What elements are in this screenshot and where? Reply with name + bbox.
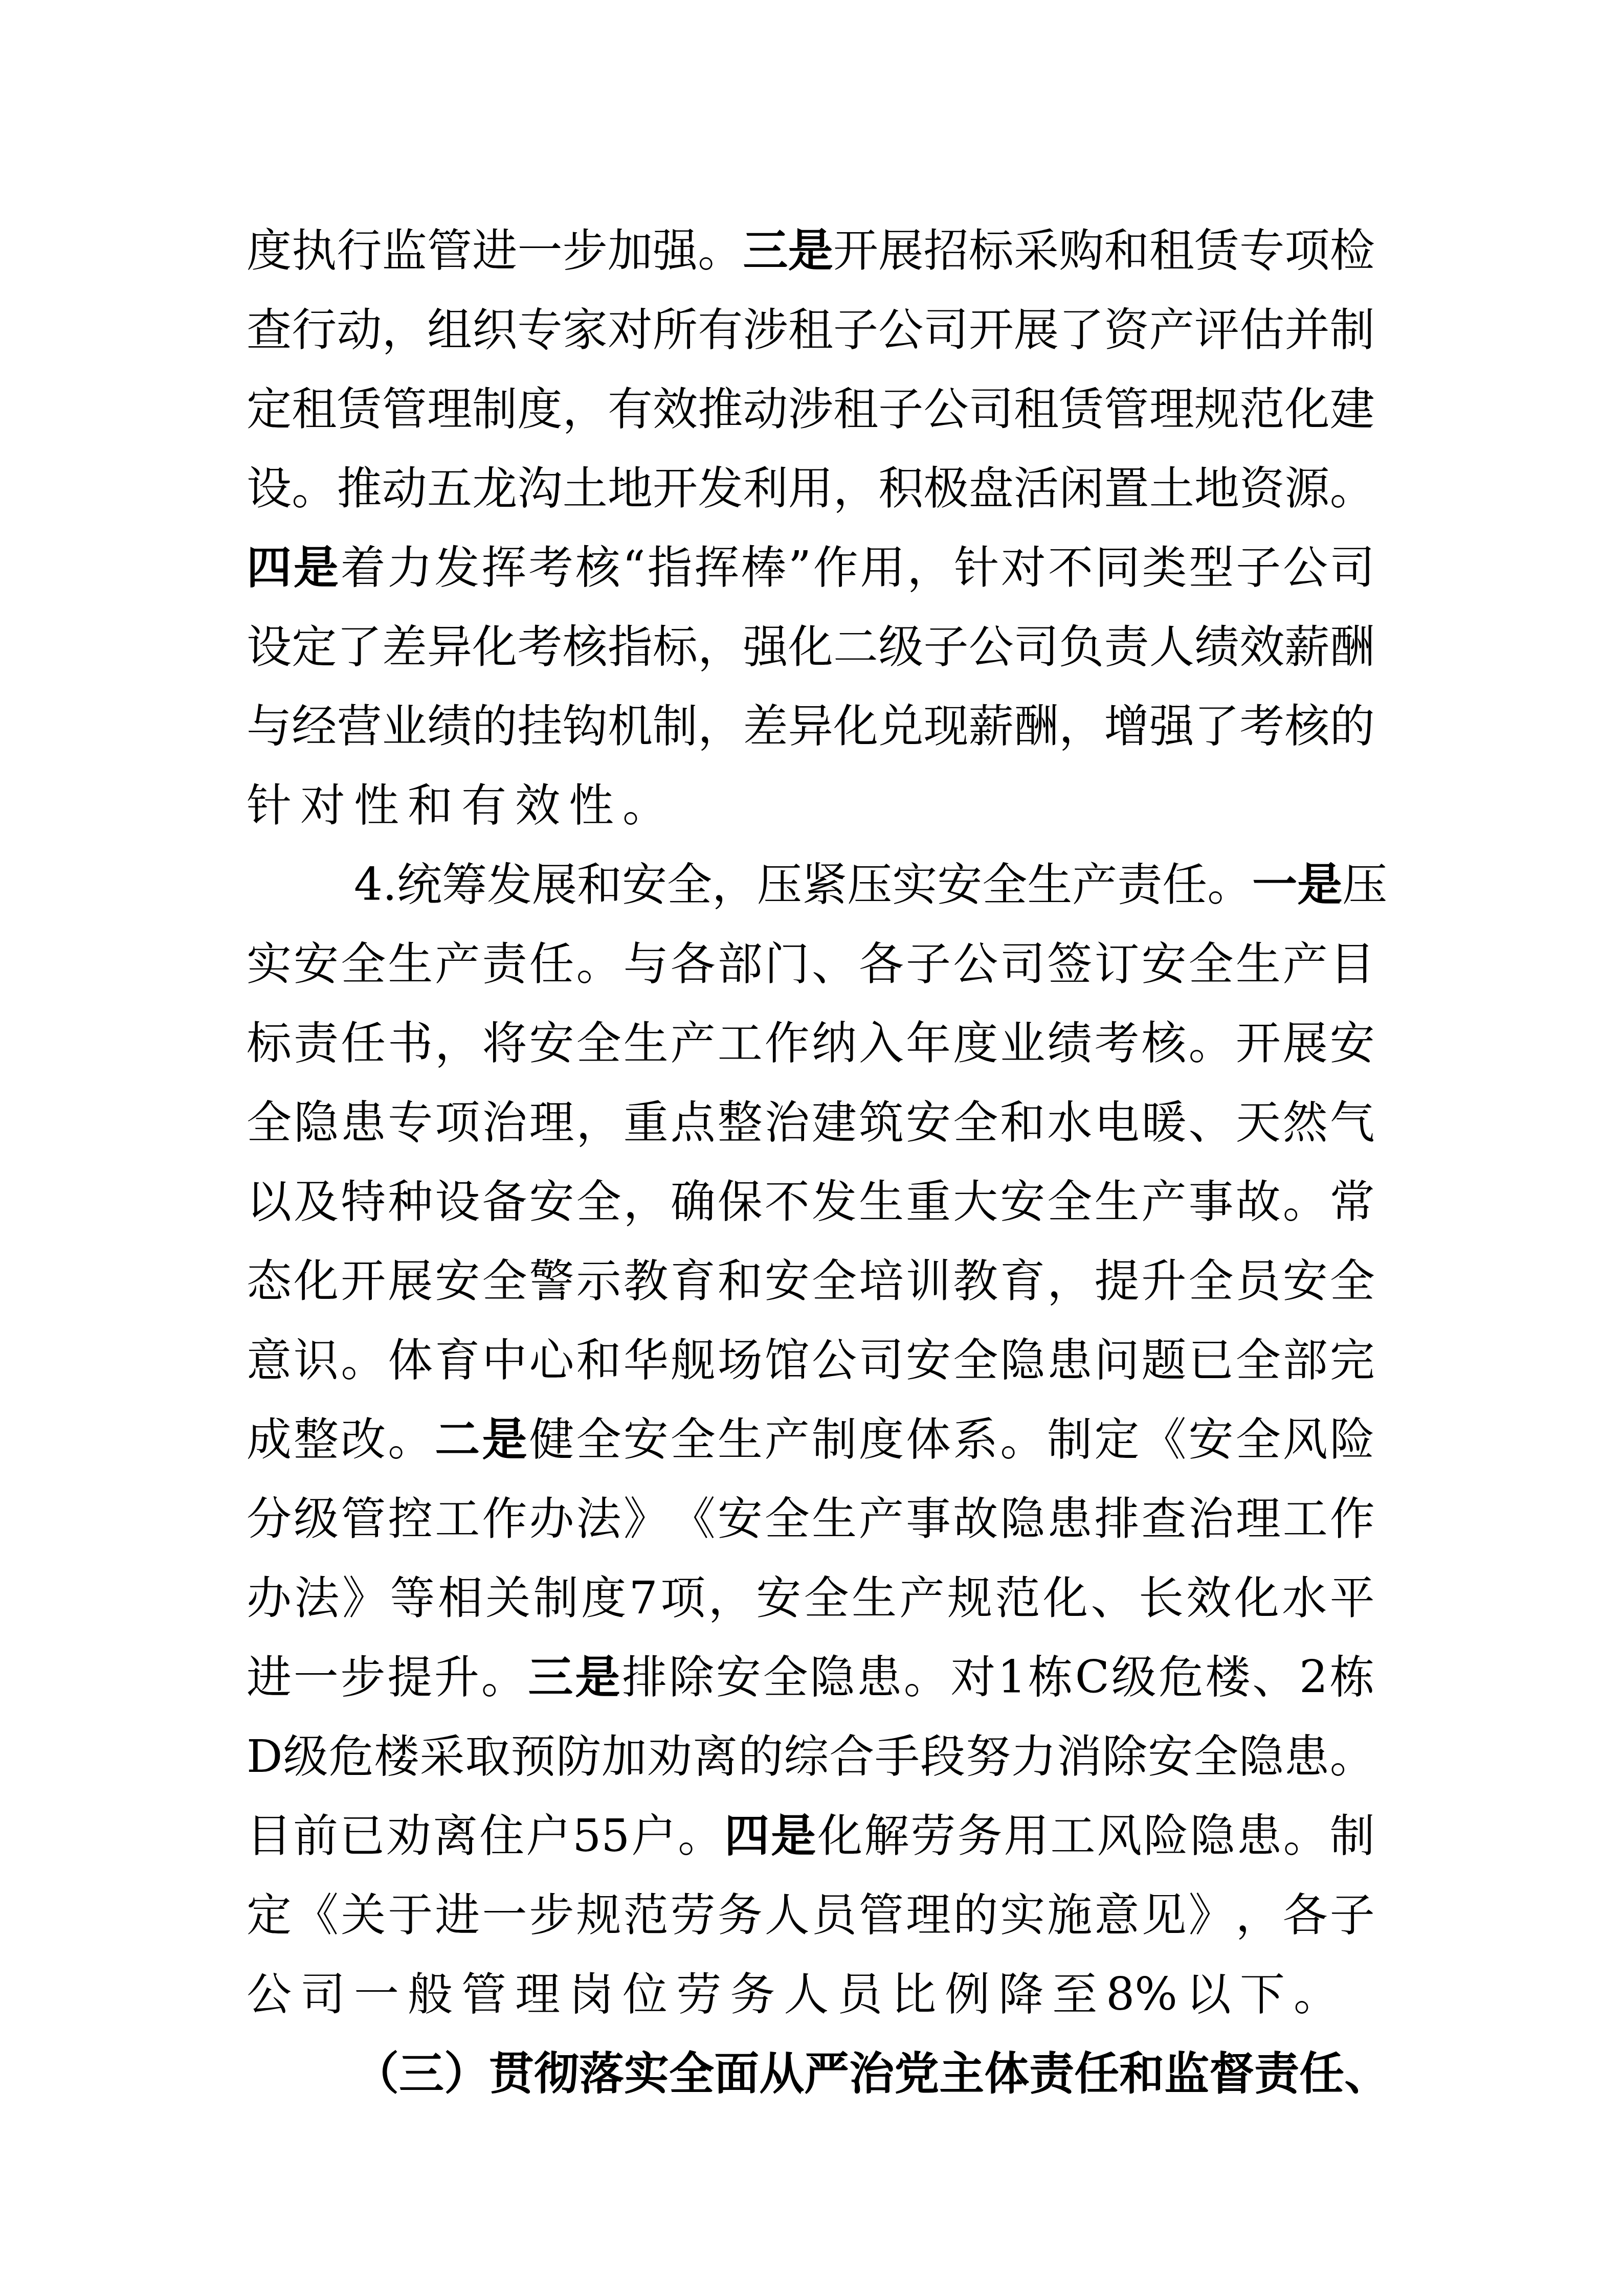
text-char: 栋: [1330, 1637, 1375, 1717]
text-char: 责: [1117, 845, 1162, 924]
text-char: 教: [953, 1241, 998, 1320]
text-char: 产: [1141, 1162, 1186, 1241]
text-char: 。: [1283, 1162, 1328, 1241]
text-char: 劳: [910, 1796, 955, 1875]
text-char: 整: [294, 1400, 339, 1479]
text-char: 特: [341, 1162, 386, 1241]
text-char: 示: [576, 1241, 621, 1320]
text-char: 责: [294, 1003, 339, 1083]
bold-marker-char: 是: [1297, 845, 1342, 924]
text-char: 对: [608, 290, 653, 369]
text-char: ，: [382, 290, 427, 369]
text-char: 步: [529, 1875, 574, 1954]
text-char: 位: [622, 1954, 668, 2034]
text-char: 工: [1051, 1796, 1096, 1875]
text-char: 全: [1189, 924, 1234, 1003]
text-char: 管: [341, 1479, 386, 1558]
text-char: 培: [859, 1241, 904, 1320]
text-char: 产: [1283, 924, 1328, 1003]
text-char: 全: [1189, 1241, 1234, 1320]
text-char: 务: [730, 1954, 775, 2034]
text-char: 安: [1000, 1162, 1045, 1241]
text-char: 从: [759, 2034, 804, 2113]
text-char: 规: [947, 1558, 992, 1637]
text-char: 升: [434, 1637, 479, 1717]
text-char: 生: [1027, 845, 1072, 924]
text-char: 、: [1252, 1637, 1297, 1717]
text-char: 理: [906, 1875, 951, 1954]
text-char: 《: [1141, 1400, 1186, 1479]
text-char: 以: [247, 1162, 292, 1241]
text-char: 已: [1189, 1320, 1234, 1400]
text-char: 开: [833, 211, 878, 290]
text-char: 作: [482, 1479, 527, 1558]
text-char: 任: [1162, 845, 1207, 924]
text-char: 紧: [802, 845, 847, 924]
text-char: 舰: [671, 1320, 716, 1400]
text-char: 系: [953, 1400, 998, 1479]
bold-marker-char: 是: [788, 211, 833, 290]
text-char: 考: [517, 607, 562, 686]
text-char: 推: [337, 448, 382, 528]
text-char: 》: [342, 1558, 387, 1637]
text-char: ”: [788, 528, 811, 607]
text-char: 已: [340, 1796, 385, 1875]
text-char: 进: [472, 211, 517, 290]
text-char: 司: [1014, 607, 1059, 686]
text-char: 效: [1239, 607, 1284, 686]
text-char: 作: [765, 1003, 810, 1083]
text-char: 压: [847, 845, 892, 924]
text-char: 。: [1294, 1954, 1339, 2034]
text-line: 进一步提升。三是排除安全隐患。对1栋C级危楼、2栋: [247, 1637, 1375, 1717]
text-char: 员: [837, 1954, 882, 2034]
text-char: 关: [341, 1875, 386, 1954]
text-char: 。: [904, 1637, 949, 1717]
text-char: 和: [718, 1241, 763, 1320]
text-char: 2: [1299, 1637, 1328, 1717]
text-char: 平: [1330, 1558, 1375, 1637]
text-char: 和: [1119, 2034, 1164, 2113]
text-char: 管: [461, 1954, 506, 2034]
text-char: 提: [1094, 1241, 1139, 1320]
text-char: 任: [529, 924, 574, 1003]
text-char: 危: [328, 1717, 373, 1796]
text-char: 法: [576, 1479, 621, 1558]
text-char: 。: [1207, 845, 1252, 924]
text-char: 55: [572, 1796, 630, 1875]
text-char: 《: [294, 1875, 339, 1954]
text-char: 展: [388, 1241, 433, 1320]
text-char: 隐: [1000, 1479, 1045, 1558]
text-char: ，: [1047, 1241, 1092, 1320]
text-char: 全: [1236, 1320, 1281, 1400]
text-char: 安: [756, 1558, 801, 1637]
text-char: 制: [812, 1400, 857, 1479]
text-char: 全: [765, 1479, 810, 1558]
text-char: 规: [1194, 369, 1239, 448]
text-char: 手: [875, 1717, 920, 1796]
text-char: 7: [629, 1558, 658, 1637]
text-char: 筑: [859, 1083, 904, 1162]
text-char: 效: [1186, 1558, 1231, 1637]
text-char: 安: [435, 1241, 480, 1320]
text-char: 产: [765, 1400, 810, 1479]
text-char: 升: [1141, 1241, 1186, 1320]
text-char: 加: [608, 211, 653, 290]
text-char: 薪: [1284, 607, 1329, 686]
document-body: 度执行监管进一步加强。三是开展招标采购和租赁专项检查行动，组织专家对所有涉租子公…: [247, 211, 1375, 2113]
text-char: 效: [653, 369, 698, 448]
text-char: 等: [390, 1558, 435, 1637]
text-char: 对: [300, 766, 345, 845]
text-char: 效: [515, 766, 560, 845]
text-char: D: [247, 1717, 283, 1796]
text-char: 安: [718, 1479, 763, 1558]
text-char: 年: [906, 1003, 951, 1083]
text-char: 般: [408, 1954, 453, 2034]
text-char: ，: [712, 845, 757, 924]
text-char: 制: [653, 686, 698, 766]
text-char: 置: [1104, 448, 1149, 528]
text-char: 动: [743, 369, 788, 448]
text-char: 指: [608, 607, 653, 686]
text-char: 全: [953, 1083, 998, 1162]
text-char: 实: [624, 2034, 669, 2113]
text-char: 相: [438, 1558, 483, 1637]
text-char: 段: [920, 1717, 965, 1796]
text-char: 排: [1094, 1479, 1139, 1558]
text-char: 管: [859, 1875, 904, 1954]
text-char: 理: [529, 1083, 574, 1162]
text-line: 以及特种设备安全，确保不发生重大安全生产事故。常: [247, 1162, 1375, 1241]
text-char: 展: [532, 845, 577, 924]
text-char: 度: [517, 369, 562, 448]
text-char: 。: [341, 1320, 386, 1400]
text-char: 司: [1000, 924, 1045, 1003]
text-line: 定租赁管理制度，有效推动涉租子公司租赁管理规范化建: [247, 369, 1375, 448]
text-char: 生: [624, 1003, 669, 1083]
text-char: 源: [1284, 448, 1329, 528]
text-char: ，: [563, 369, 608, 448]
text-char: 馆: [765, 1320, 810, 1400]
text-char: 。: [622, 766, 668, 845]
text-char: 压: [757, 845, 802, 924]
text-char: 步: [341, 1637, 386, 1717]
text-char: 人: [1149, 607, 1194, 686]
text-char: 租: [833, 369, 878, 448]
text-line: 针对性和有效性。: [247, 766, 1375, 845]
text-char: 力: [387, 528, 432, 607]
text-char: 督: [1209, 2034, 1254, 2113]
text-char: 除: [1102, 1717, 1147, 1796]
text-char: 负: [1059, 607, 1104, 686]
text-char: 隐: [294, 1083, 339, 1162]
text-char: 全: [1193, 1717, 1238, 1796]
text-char: 险: [1330, 1400, 1375, 1479]
text-char: 将: [482, 1003, 527, 1083]
text-char: 产: [671, 1003, 716, 1083]
text-char: 危: [1159, 1637, 1204, 1717]
text-char: 核: [563, 607, 608, 686]
text-char: 各: [671, 924, 716, 1003]
text-char: 务: [957, 1796, 1002, 1875]
text-char: 和: [577, 845, 622, 924]
text-char: 异: [427, 607, 472, 686]
text-char: 心: [529, 1320, 574, 1400]
text-char: 户: [631, 1796, 676, 1875]
text-line: 设。推动五龙沟土地开发利用，积极盘活闲置土地资源。: [247, 448, 1375, 528]
text-char: 水: [1047, 1083, 1092, 1162]
text-line: 设定了差异化考核指标，强化二级子公司负责人绩效薪酬: [247, 607, 1375, 686]
text-char: 子: [833, 290, 878, 369]
text-char: 核: [1141, 1003, 1186, 1083]
bold-marker-char: 三: [743, 211, 788, 290]
text-char: 实: [892, 845, 937, 924]
text-char: 压: [1342, 845, 1387, 924]
text-char: 电: [1094, 1083, 1139, 1162]
text-char: 绩: [427, 686, 472, 766]
text-char: ，: [576, 1083, 621, 1162]
text-char: 性: [569, 766, 614, 845]
text-char: 现: [924, 686, 969, 766]
text-char: 考: [1239, 686, 1284, 766]
text-char: 安: [1283, 1241, 1328, 1320]
text-char: 定: [292, 607, 337, 686]
text-char: 监: [1164, 2034, 1209, 2113]
text-char: 患: [1047, 1479, 1092, 1558]
text-char: 子: [924, 607, 969, 686]
text-char: 工: [435, 1479, 480, 1558]
bold-marker-char: 四: [724, 1796, 769, 1875]
text-char: 实: [247, 924, 292, 1003]
text-char: 针: [954, 528, 999, 607]
text-char: 全: [671, 1400, 716, 1479]
text-char: 指: [647, 528, 692, 607]
text-char: 华: [624, 1320, 669, 1400]
text-char: 全: [341, 924, 386, 1003]
text-char: 教: [624, 1241, 669, 1320]
text-char: 合: [829, 1717, 874, 1796]
text-char: 考: [1094, 1003, 1139, 1083]
text-line: 意识。体育中心和华舰场馆公司安全隐患问题已全部完: [247, 1320, 1375, 1400]
text-char: 岗: [569, 1954, 614, 2034]
text-char: 各: [1283, 1875, 1328, 1954]
text-char: 全: [1236, 1400, 1281, 1479]
text-line: 实安全生产责任。与各部门、各子公司签订安全生产目: [247, 924, 1375, 1003]
text-char: 有: [608, 369, 653, 448]
text-char: 的: [472, 686, 517, 766]
text-char: 全: [804, 1558, 849, 1637]
text-char: 栋: [1028, 1637, 1073, 1717]
text-char: ，: [624, 1162, 669, 1241]
text-char: 整: [718, 1083, 763, 1162]
text-char: 制: [472, 369, 517, 448]
text-char: 管: [382, 369, 427, 448]
text-char: 了: [1059, 290, 1104, 369]
text-char: 生: [718, 1400, 763, 1479]
text-char: 识: [294, 1320, 339, 1400]
text-char: 长: [1139, 1558, 1184, 1637]
text-char: 患: [341, 1083, 386, 1162]
text-char: 住: [479, 1796, 524, 1875]
text-char: 生: [1094, 1162, 1139, 1241]
text-char: 赁: [337, 369, 382, 448]
text-char: 规: [576, 1875, 621, 1954]
text-char: 级: [283, 1717, 328, 1796]
text-char: 公: [812, 1320, 857, 1400]
text-char: 积: [878, 448, 923, 528]
text-char: 努: [966, 1717, 1011, 1796]
text-char: 化: [294, 1241, 339, 1320]
text-char: 目: [247, 1796, 292, 1875]
text-char: 全: [1330, 1241, 1375, 1320]
text-char: 意: [247, 1320, 292, 1400]
text-char: 实: [1000, 1875, 1045, 1954]
text-char: 全: [247, 1083, 292, 1162]
text-char: 建: [1330, 369, 1375, 448]
text-char: 采: [1014, 211, 1059, 290]
text-char: 管: [1104, 369, 1149, 448]
text-char: 营: [337, 686, 382, 766]
text-char: 发: [434, 528, 479, 607]
text-char: 家: [563, 290, 608, 369]
text-char: 龙: [472, 448, 517, 528]
text-char: 全: [576, 1162, 621, 1241]
text-char: 提: [387, 1637, 432, 1717]
text-char: 隐: [1190, 1796, 1235, 1875]
text-char: 对: [1001, 528, 1046, 607]
text-char: 与: [247, 686, 292, 766]
text-char: 闲: [1059, 448, 1104, 528]
text-char: 全: [482, 1241, 527, 1320]
text-char: 。: [292, 448, 337, 528]
bold-marker-char: 是: [294, 528, 339, 607]
text-char: 行: [292, 290, 337, 369]
text-char: 同: [1095, 528, 1140, 607]
text-char: 重: [906, 1162, 951, 1241]
text-char: 《: [671, 1479, 716, 1558]
text-line: 4.统筹发展和安全，压紧压实安全生产责任。一是压: [247, 845, 1375, 924]
text-char: 取: [465, 1717, 510, 1796]
text-char: 所: [653, 290, 698, 369]
text-char: 全: [953, 1320, 998, 1400]
text-char: 产: [1149, 290, 1194, 369]
text-char: 挥: [481, 528, 526, 607]
text-char: 作: [1330, 1479, 1375, 1558]
text-char: 关: [485, 1558, 530, 1637]
text-char: 法: [294, 1558, 339, 1637]
text-char: 设: [247, 607, 292, 686]
text-char: 治: [849, 2034, 894, 2113]
text-char: 力: [1011, 1717, 1056, 1796]
text-char: 挂: [517, 686, 562, 766]
text-char: 全: [667, 845, 712, 924]
text-char: 司: [300, 1954, 345, 2034]
text-char: 一: [294, 1637, 339, 1717]
text-char: 和: [408, 766, 453, 845]
text-char: 前: [293, 1796, 338, 1875]
text-char: 酬: [1014, 686, 1059, 766]
text-line: 成整改。二是健全安全生产制度体系。制定《安全风险: [247, 1400, 1375, 1479]
text-char: 差: [743, 686, 788, 766]
text-char: 司: [1330, 528, 1375, 607]
text-char: 推: [698, 369, 743, 448]
text-char: 育: [671, 1241, 716, 1320]
text-char: 涉: [743, 290, 788, 369]
text-char: 一: [482, 1875, 527, 1954]
text-char: 纳: [812, 1003, 857, 1083]
text-char: 以: [1186, 1954, 1231, 2034]
text-char: 定: [247, 369, 292, 448]
text-char: 风: [1097, 1796, 1142, 1875]
text-char: 隐: [1239, 1717, 1284, 1796]
text-char: 备: [482, 1162, 527, 1241]
text-char: 开: [341, 1241, 386, 1320]
text-char: 彻: [534, 2034, 579, 2113]
text-char: 排: [622, 1637, 667, 1717]
text-char: 差: [382, 607, 427, 686]
text-char: 地: [1194, 448, 1239, 528]
text-char: 化: [472, 607, 517, 686]
text-char: 化: [1234, 1558, 1279, 1637]
bold-marker-char: 是: [771, 1796, 816, 1875]
text-char: 设: [247, 448, 292, 528]
text-char: 标: [653, 607, 698, 686]
text-char: 专: [388, 1083, 433, 1162]
text-char: 动: [382, 448, 427, 528]
text-char: 考: [528, 528, 573, 607]
text-char: 治: [765, 1083, 810, 1162]
text-char: 责: [1104, 607, 1149, 686]
text-char: 查: [1141, 1479, 1186, 1558]
text-char: 作: [813, 528, 858, 607]
text-char: 类: [1142, 528, 1187, 607]
text-char: 化: [833, 686, 878, 766]
text-char: 问: [1094, 1320, 1139, 1400]
text-char: 挥: [694, 528, 739, 607]
text-char: 安: [765, 1241, 810, 1320]
text-char: 估: [1239, 290, 1284, 369]
section-heading: （三）贯彻落实全面从严治党主体责任和监督责任、: [247, 2034, 1375, 2113]
text-char: 了: [1194, 686, 1239, 766]
text-char: 安: [529, 1162, 574, 1241]
text-char: 、: [1091, 1558, 1136, 1637]
text-char: 全: [1047, 1162, 1092, 1241]
text-char: 解: [864, 1796, 909, 1875]
text-char: 理: [427, 369, 472, 448]
text-char: 展: [1014, 290, 1059, 369]
document-page: 度执行监管进一步加强。三是开展招标采购和租赁专项检查行动，组织专家对所有涉租子公…: [0, 0, 1624, 2296]
text-char: 项: [1284, 211, 1329, 290]
text-char: 范: [624, 1875, 669, 1954]
text-char: 性: [354, 766, 399, 845]
text-char: 展: [878, 211, 923, 290]
text-char: 制: [1330, 290, 1375, 369]
text-char: 发: [487, 845, 532, 924]
text-char: 。: [576, 924, 621, 1003]
text-char: 体: [388, 1320, 433, 1400]
text-char: 生: [388, 924, 433, 1003]
text-char: 险: [1144, 1796, 1189, 1875]
text-char: 业: [1000, 1003, 1045, 1083]
text-char: 极: [924, 448, 969, 528]
text-char: 利: [743, 448, 788, 528]
text-char: 化: [1043, 1558, 1088, 1637]
text-char: 发: [812, 1162, 857, 1241]
text-char: 购: [1059, 211, 1104, 290]
text-char: 度: [581, 1558, 626, 1637]
